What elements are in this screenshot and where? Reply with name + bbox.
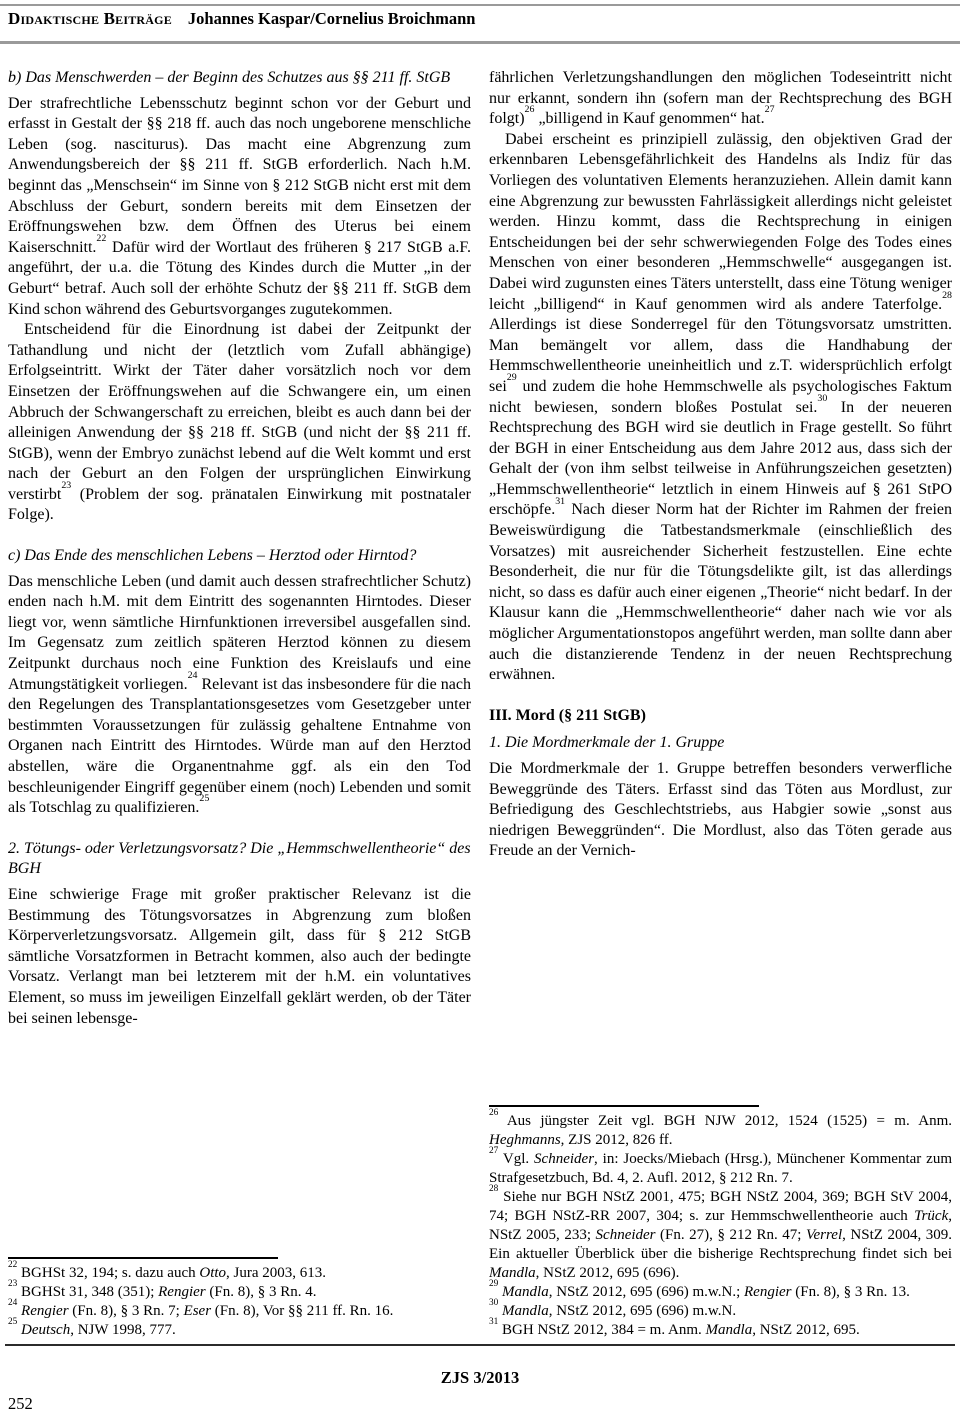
footnote-ref: 25 xyxy=(8,1317,17,1327)
footnote-ref: 28 xyxy=(489,1184,498,1194)
text-run: , NStZ 2012, 695 (696) m.w.N. xyxy=(549,1303,736,1319)
footnote-ref: 29 xyxy=(507,372,517,383)
text-run: Rengier xyxy=(158,1284,205,1300)
text-run: Mandla xyxy=(502,1303,549,1319)
heading-mordmerkmale: 1. Die Mordmerkmale der 1. Gruppe xyxy=(489,733,952,754)
text-run: b) Das Menschwerden – der Beginn des Sch… xyxy=(8,69,450,86)
text-run: c) Das Ende des menschlichen Lebens – He… xyxy=(8,547,416,564)
footnote-ref: 30 xyxy=(489,1298,498,1308)
right-footnotes: 26 Aus jüngster Zeit vgl. BGH NJW 2012, … xyxy=(489,1101,952,1340)
text-run: Schneider xyxy=(596,1227,656,1243)
page-header: Didaktische Beiträge Johannes Kaspar/Cor… xyxy=(8,9,952,29)
footnote-ref: 26 xyxy=(525,104,535,115)
footnote-25: 25 Deutsch, NJW 1998, 777. xyxy=(8,1321,471,1340)
text-run: Rengier xyxy=(744,1284,791,1300)
paragraph-mordmerkmale: Die Mordmerkmale der 1. Gruppe betreffen… xyxy=(489,759,952,862)
left-footnote-separator xyxy=(8,1257,278,1259)
footnote-31: 31 BGH NStZ 2012, 384 = m. Anm. Mandla, … xyxy=(489,1321,952,1340)
text-run: 1. Die Mordmerkmale der 1. Gruppe xyxy=(489,734,724,751)
text-run: (Fn. 8), Vor §§ 211 ff. Rn. 16. xyxy=(211,1303,393,1319)
text-run: 2. Tötungs- oder Verletzungsvorsatz? Die… xyxy=(8,840,471,878)
footnote-ref: 23 xyxy=(61,480,71,491)
text-run: BGHSt 31, 348 (351); xyxy=(17,1284,158,1300)
footnote-ref: 26 xyxy=(489,1108,498,1118)
text-run: Otto xyxy=(199,1265,226,1281)
text-run: , NStZ 2012, 695. xyxy=(752,1322,860,1338)
footnote-ref: 31 xyxy=(555,496,565,507)
text-run: Dabei erscheint es prinzipiell zulässig,… xyxy=(489,131,952,313)
footnote-ref: 27 xyxy=(765,104,775,115)
footnote-24: 24 Rengier (Fn. 8), § 3 Rn. 7; Eser (Fn.… xyxy=(8,1302,471,1321)
heading-menschwerden: b) Das Menschwerden – der Beginn des Sch… xyxy=(8,68,471,89)
text-run: Die Mordmerkmale der 1. Gruppe betreffen… xyxy=(489,760,952,859)
text-run: Mandla xyxy=(706,1322,753,1338)
section-label: Didaktische Beiträge xyxy=(8,9,172,29)
text-run: Mandla xyxy=(502,1284,549,1300)
left-column: b) Das Menschwerden – der Beginn des Sch… xyxy=(8,68,471,1340)
footnote-ref: 30 xyxy=(817,393,827,404)
paragraph-todeseintritt: fährlichen Verletzungshandlungen den mög… xyxy=(489,68,952,130)
footer-rule xyxy=(5,1344,955,1346)
journal-issue: ZJS 3/2013 xyxy=(0,1368,960,1388)
text-run: (Fn. 8), § 3 Rn. 13. xyxy=(791,1284,909,1300)
text-run: , NJW 1998, 777. xyxy=(70,1322,176,1338)
text-run: , NStZ 2012, 695 (696). xyxy=(536,1265,680,1281)
right-footnote-separator xyxy=(489,1105,759,1107)
text-run: (Problem der sog. pränatalen Einwirkung … xyxy=(8,486,471,524)
text-run: (Fn. 8), § 3 Rn. 7; xyxy=(69,1303,184,1319)
footnote-28: 28 Siehe nur BGH NStZ 2001, 475; BGH NSt… xyxy=(489,1188,952,1283)
footnote-ref: 28 xyxy=(942,290,952,301)
footnote-ref: 22 xyxy=(96,233,106,244)
footnote-ref: 24 xyxy=(8,1298,17,1308)
paragraph-lebensschutz: Der strafrechtliche Lebensschutz beginnt… xyxy=(8,94,471,321)
text-run: Das menschliche Leben (und damit auch de… xyxy=(8,573,471,693)
footnote-ref: 31 xyxy=(489,1317,498,1327)
page-number: 252 xyxy=(8,1394,33,1414)
text-run: (Fn. 27), § 212 Rn. 47; xyxy=(656,1227,807,1243)
text-run: Aus jüngster Zeit vgl. BGH NJW 2012, 152… xyxy=(498,1113,952,1129)
journal-page: Didaktische Beiträge Johannes Kaspar/Cor… xyxy=(0,0,960,1424)
footnote-ref: 22 xyxy=(8,1260,17,1270)
footnote-ref: 29 xyxy=(489,1279,498,1289)
footnote-ref: 24 xyxy=(188,670,198,681)
text-run: BGH NStZ 2012, 384 = m. Anm. xyxy=(498,1322,705,1338)
text-run: , Jura 2003, 613. xyxy=(226,1265,326,1281)
text-run: Deutsch xyxy=(21,1322,70,1338)
footnote-ref: 25 xyxy=(199,793,209,804)
paragraph-toetungsvorsatz: Eine schwierige Frage mit großer praktis… xyxy=(8,885,471,1029)
footnote-23: 23 BGHSt 31, 348 (351); Rengier (Fn. 8),… xyxy=(8,1283,471,1302)
header-bottom-rule xyxy=(0,41,960,44)
text-run: Verrel xyxy=(806,1227,842,1243)
text-run: Schneider xyxy=(534,1151,594,1167)
text-run: Trück xyxy=(914,1208,948,1224)
text-run: Vgl. xyxy=(498,1151,534,1167)
text-run: BGHSt 32, 194; s. dazu auch xyxy=(17,1265,199,1281)
right-column: fährlichen Verletzungshandlungen den mög… xyxy=(489,68,952,1340)
text-run: (Fn. 8), § 3 Rn. 4. xyxy=(206,1284,317,1300)
text-run: Eser xyxy=(184,1303,212,1319)
text-run: Der strafrechtliche Lebensschutz beginnt… xyxy=(8,95,471,256)
footnote-27: 27 Vgl. Schneider, in: Joecks/Miebach (H… xyxy=(489,1150,952,1188)
text-run: „billigend in Kauf genommen“ hat. xyxy=(534,110,764,127)
footnote-ref: 23 xyxy=(8,1279,17,1289)
footnote-30: 30 Mandla, NStZ 2012, 695 (696) m.w.N. xyxy=(489,1302,952,1321)
heading-hemmschwellentheorie: 2. Tötungs- oder Verletzungsvorsatz? Die… xyxy=(8,839,471,880)
footnote-29: 29 Mandla, NStZ 2012, 695 (696) m.w.N.; … xyxy=(489,1283,952,1302)
right-column-body: fährlichen Verletzungshandlungen den mög… xyxy=(489,68,952,862)
text-run: , NStZ 2012, 695 (696) m.w.N.; xyxy=(549,1284,744,1300)
heading-mord: III. Mord (§ 211 StGB) xyxy=(489,706,952,727)
text-run: Heghmanns xyxy=(489,1132,561,1148)
header-top-rule xyxy=(0,4,960,6)
text-run: , ZJS 2012, 826 ff. xyxy=(561,1132,673,1148)
footnote-22: 22 BGHSt 32, 194; s. dazu auch Otto, Jur… xyxy=(8,1264,471,1283)
paragraph-hirntod: Das menschliche Leben (und damit auch de… xyxy=(8,572,471,819)
text-run: III. Mord (§ 211 StGB) xyxy=(489,707,646,724)
text-run: Nach dieser Norm hat der Richter im Rahm… xyxy=(489,501,952,683)
text-run: Siehe nur BGH NStZ 2001, 475; BGH NStZ 2… xyxy=(489,1189,952,1224)
heading-lebensende: c) Das Ende des menschlichen Lebens – He… xyxy=(8,546,471,567)
paragraph-zeitpunkt: Entscheidend für die Einordnung ist dabe… xyxy=(8,320,471,526)
left-column-body: b) Das Menschwerden – der Beginn des Sch… xyxy=(8,68,471,1029)
text-run: Relevant ist das insbesondere für die na… xyxy=(8,676,471,817)
two-column-text: b) Das Menschwerden – der Beginn des Sch… xyxy=(8,68,952,1340)
paragraph-hemmschwelle: Dabei erscheint es prinzipiell zulässig,… xyxy=(489,130,952,686)
text-run: Rengier xyxy=(21,1303,68,1319)
footnote-26: 26 Aus jüngster Zeit vgl. BGH NJW 2012, … xyxy=(489,1112,952,1150)
left-footnotes: 22 BGHSt 32, 194; s. dazu auch Otto, Jur… xyxy=(8,1253,471,1340)
footnote-ref: 27 xyxy=(489,1146,498,1156)
header-authors: Johannes Kaspar/Cornelius Broichmann xyxy=(188,9,476,29)
text-run: Eine schwierige Frage mit großer praktis… xyxy=(8,886,471,1027)
text-run: Entscheidend für die Einordnung ist dabe… xyxy=(8,321,471,503)
